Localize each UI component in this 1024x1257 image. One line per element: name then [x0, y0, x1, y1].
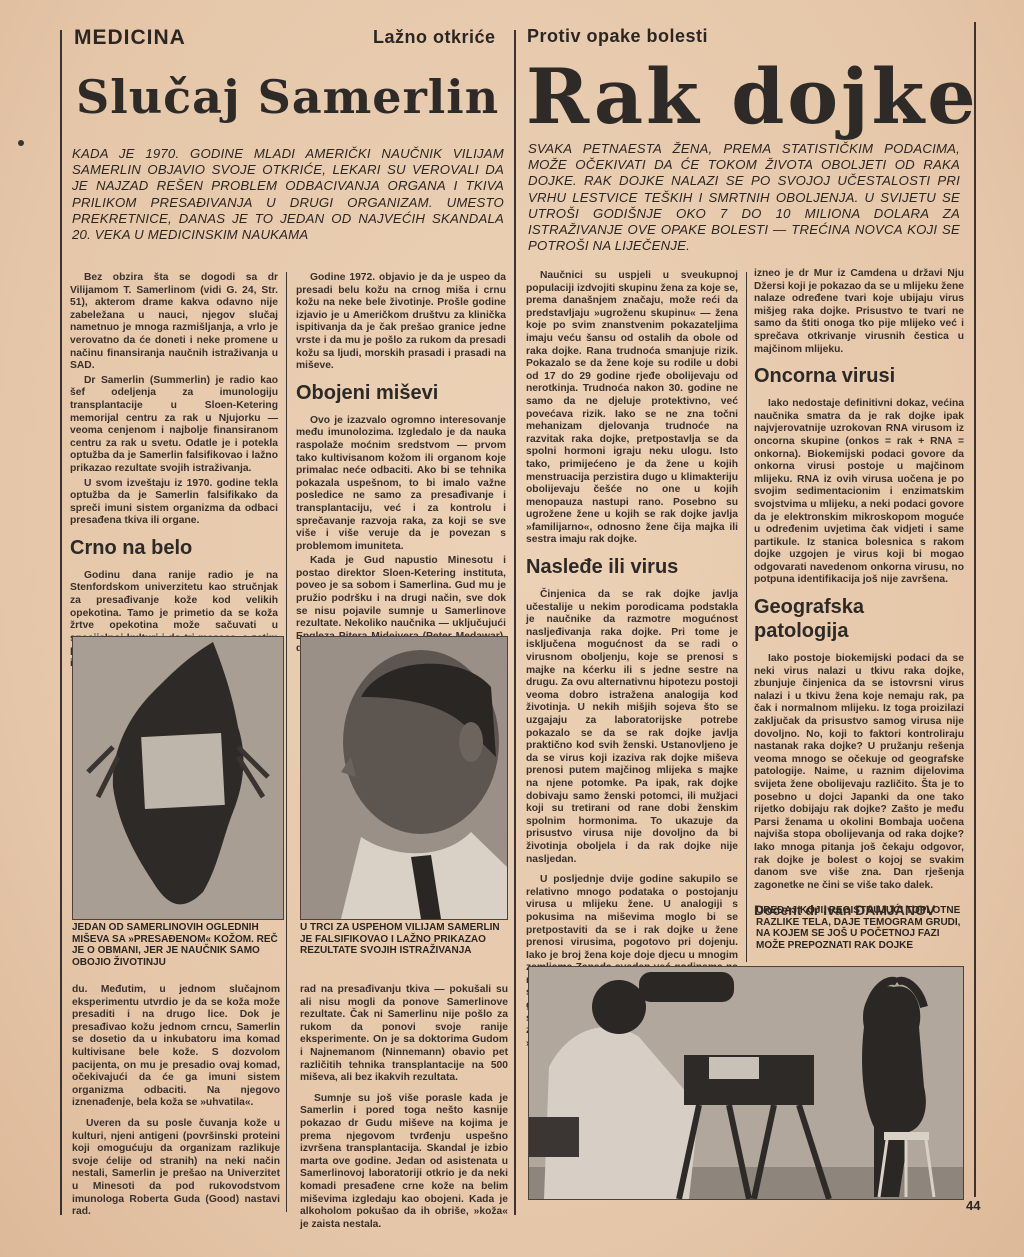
thermography-photo-caption: UREĐAJ KOJI, REGISTRUJUĆI TOPLOTNE RAZLI… [756, 905, 964, 951]
mouse-photo-caption: JEDAN OD SAMERLINOVIH OGLEDNIH MIŠEVA SA… [72, 922, 280, 968]
left-border-rule [60, 30, 62, 1215]
right-col4: iznеo je dr Mur iz Camdena u državi Nju … [754, 268, 964, 935]
right-border-rule [974, 22, 976, 1197]
left-kicker: Lažno otkriće [373, 27, 496, 48]
portrait-photo-caption: U TRCI ZA USPEHOM VILIJAM SAMERLIN JE FA… [300, 922, 500, 957]
left-col1-bottom: du. Međutim, u jednom slučajnom eksperim… [72, 984, 280, 1221]
subhead-obojeni-misevi: Obojeni miševi [296, 381, 506, 405]
subhead-naslede-ili-virus: Nasleđe ili virus [526, 555, 738, 579]
page-number: 44 [966, 1198, 980, 1213]
samerlin-portrait-illustration [301, 637, 507, 919]
subhead-crno-na-belo: Crno na belo [70, 536, 278, 560]
thermography-photo [528, 966, 964, 1200]
center-divider-rule [514, 30, 516, 1215]
paragraph: Uveren da su posle čuvanja kože u kultur… [72, 1118, 280, 1219]
left-lead: KADA JE 1970. GODINE MLADI AMERIČKI NAUČ… [72, 146, 504, 243]
left-col2-bottom: rad na presađivanju tkiva — pokušali su … [300, 984, 508, 1233]
paragraph: Iako nedostaje definitivni dokaz, većina… [754, 398, 964, 587]
magazine-page: MEDICINA Lažno otkriće Protiv opake bole… [0, 0, 1024, 1257]
paragraph: Činjenica da se rak dojke javlja učestal… [526, 589, 738, 866]
paragraph: U svom izveštaju iz 1970. godine tekla o… [70, 478, 278, 528]
right-col3: Naučnici su uspjeli u sveukupnoj populac… [526, 270, 738, 1052]
paragraph: Ovo je izazvalo ogromno interesovanje me… [296, 415, 506, 554]
paragraph: du. Međutim, u jednom slučajnom eksperim… [72, 984, 280, 1110]
portrait-photo [300, 636, 508, 920]
right-kicker: Protiv opake bolesti [527, 26, 708, 47]
col-divider-right [746, 272, 747, 962]
right-lead: SVAKA PETNAESTA ŽENA, PREMA STATISTIČKIM… [528, 141, 960, 254]
left-col1-top: Bez obzira šta se dogodi sa dr Vilijamom… [70, 272, 278, 673]
subhead-oncorna-virusi: Oncorna virusi [754, 364, 964, 388]
left-headline: Slučaj Samerlin [76, 70, 499, 124]
punch-hole-mark [18, 140, 24, 146]
paragraph: rad na presađivanju tkiva — pokušali su … [300, 984, 508, 1085]
paragraph: Dr Samerlin (Summerlin) je radio kao šef… [70, 375, 278, 476]
mouse-with-patch-illustration [73, 637, 283, 919]
paragraph: Sumnje su još više porasle kada je Samer… [300, 1093, 508, 1232]
subhead-geografska-patologija: Geografska patologija [754, 595, 884, 643]
paragraph: Godine 1972. objavio je da je uspeo da p… [296, 272, 506, 373]
right-headline: Rak dojke [526, 52, 979, 141]
section-label: MEDICINA [74, 26, 186, 50]
left-col2-top: Godine 1972. objavio je da je uspeo da p… [296, 272, 506, 658]
paragraph: Bez obzira šta se dogodi sa dr Vilijamom… [70, 272, 278, 373]
paragraph: iznеo je dr Mur iz Camdena u državi Nju … [754, 268, 964, 356]
paragraph: Iako postoje biokemijski podaci da se ne… [754, 653, 964, 892]
mouse-photo [72, 636, 284, 920]
col-divider-left [286, 272, 287, 1212]
thermography-device-illustration [529, 967, 963, 1199]
paragraph: Naučnici su uspjeli u sveukupnoj populac… [526, 270, 738, 547]
